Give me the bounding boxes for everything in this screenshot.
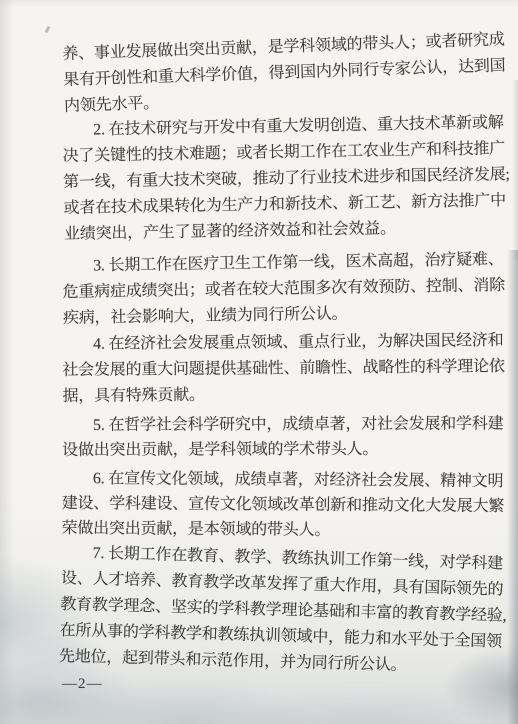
paragraph-item-2: 2. 在技术研究与开发中有重大发明创造、重大技术革新或解 决了关键性的技术难题；… [62, 110, 514, 248]
paragraph-item-4: 4. 在经济社会发展重点领域、重点行业，为解决国民经济和 社会发展的重大问题提供… [62, 328, 513, 410]
text-line: 建设、学科建设、宣传文化领域改革创新和推动文化大发展大繁 [62, 491, 512, 519]
paragraph-item-3: 3. 长期工作在医疗卫生工作第一线，医术高超，治疗疑难、 危重病症成绩突出；或者… [62, 247, 513, 332]
document-body: 养、事业发展做出突出贡献，是学科领域的带头人；或者研究成 果有开创性和重大科学价… [0, 0, 518, 724]
text-line: 6. 在宣传文化领域，成绩卓著，对经济社会发展、精神文明 [62, 466, 512, 494]
text-line: 4. 在经济社会发展重点领域、重点行业，为解决国民经济和 [62, 328, 512, 358]
paragraph-item-7: 7. 长期工作在教育、教学、教练执训工作第一线，对学科建 设、人才培养、教育教学… [59, 540, 512, 682]
page-number: —2— [62, 676, 103, 693]
text-line: 荣做出突出贡献，是本领域的带头人。 [61, 516, 511, 544]
text-line: 5. 在哲学社会科学研究中，成绩卓著，对社会发展和学科建 [62, 411, 512, 438]
paragraph-item-5: 5. 在哲学社会科学研究中，成绩卓著，对社会发展和学科建 设做出突出贡献，是学科… [62, 411, 512, 463]
text-line: 设做出突出贡献，是学科领域的学术带头人。 [62, 436, 512, 463]
paragraph-item-6: 6. 在宣传文化领域，成绩卓著，对经济社会发展、精神文明 建设、学科建设、宣传文… [61, 466, 512, 544]
scanned-document-page: 养、事业发展做出突出贡献，是学科领域的带头人；或者研究成 果有开创性和重大科学价… [0, 0, 518, 724]
paragraph-continuation: 养、事业发展做出突出贡献，是学科领域的带头人；或者研究成 果有开创性和重大科学价… [62, 27, 514, 120]
text-line: 社会发展的重大问题提供基础性、前瞻性、战略性的科学理论依 [62, 354, 512, 384]
text-line: 据，具有特殊贡献。 [62, 380, 512, 410]
